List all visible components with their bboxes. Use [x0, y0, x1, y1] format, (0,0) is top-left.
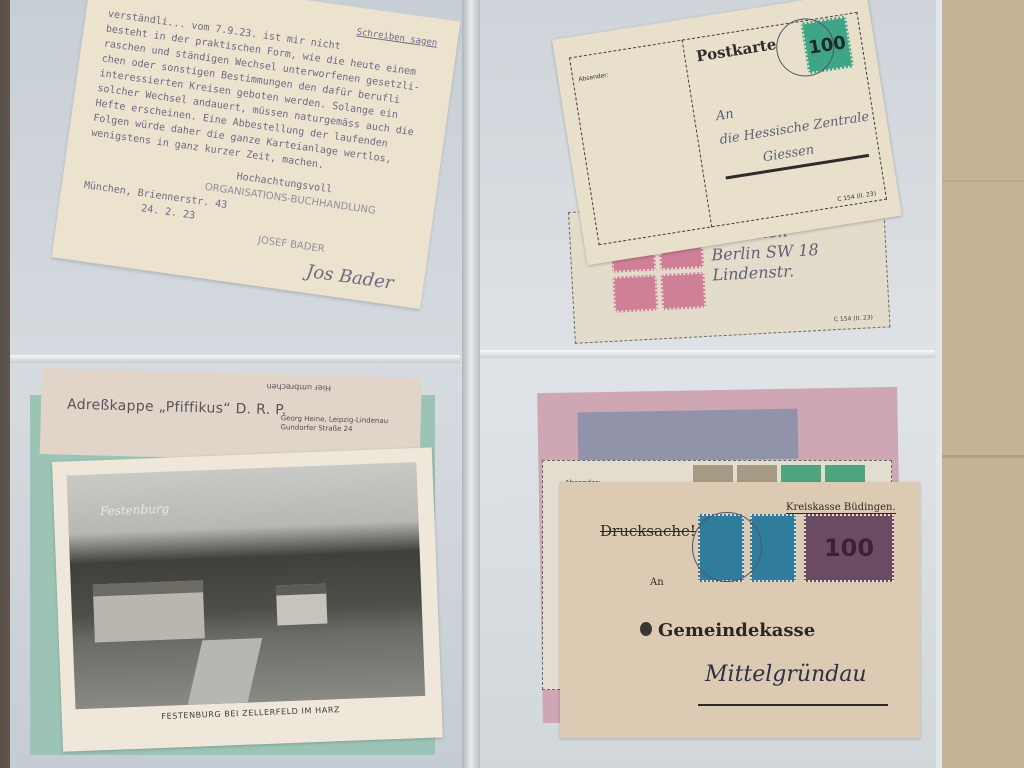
path-image: [186, 638, 262, 709]
ink-note: Festenburg: [100, 502, 170, 519]
drucksache-label: Drucksache!: [600, 522, 696, 540]
ink-blot: [640, 622, 652, 636]
photo-postcard: Festenburg FESTENBURG BEI ZELLERFELD IM …: [52, 447, 443, 751]
address-line: Lindenstr.: [712, 260, 820, 286]
postmark: [692, 512, 762, 582]
blue-stamps-strip: [577, 409, 798, 463]
drucksache-card: Kreiskasse Büdingen. Drucksache! 100 An …: [560, 482, 920, 738]
recipient: Gemeindekasse: [658, 620, 815, 641]
house-image: [93, 580, 205, 642]
form-code: C 154 (II. 23): [834, 314, 873, 323]
flip-note: Hier umbrechen: [266, 382, 331, 393]
house-image: [276, 584, 327, 626]
purple-stamp: 100: [804, 514, 894, 582]
signature: Jos Bader: [305, 264, 394, 291]
sleeve-edge: [10, 355, 460, 363]
handwritten-place: Mittelgründau: [705, 662, 867, 687]
pink-stamp: [660, 272, 706, 310]
an-label: An: [650, 577, 664, 588]
pink-stamp: [612, 274, 658, 312]
landscape-photo: Festenburg: [67, 462, 426, 709]
band-maker: Georg Heine, Leipzig-Lindenau Gundorfer …: [280, 414, 388, 435]
sleeve-edge: [480, 350, 935, 358]
typed-letter: Schreiben sagen verständli... vom 7.9.23…: [52, 0, 461, 309]
address-underline: [698, 704, 888, 706]
sender-line: Kreiskasse Büdingen.: [786, 502, 896, 514]
album-spine: [462, 0, 480, 768]
